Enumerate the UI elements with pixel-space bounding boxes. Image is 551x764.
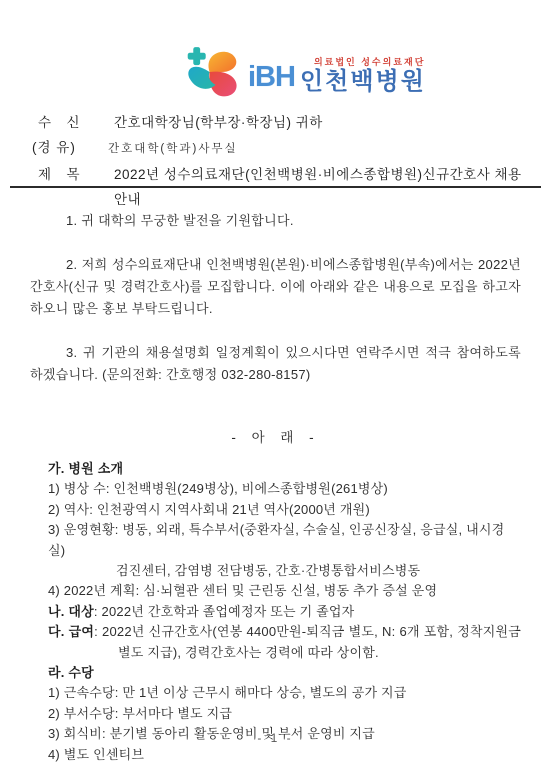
document-header: 수 신 간호대학장님(학부장·학장님) 귀하 (경 유) 간호대학(학과)사무실… <box>30 110 523 212</box>
header-divider-rule <box>10 186 541 188</box>
via-label: (경 유) <box>32 135 94 160</box>
below-divider: - 아 래 - <box>30 426 521 446</box>
outline-item: 2) 부서수당: 부서마다 별도 지급 <box>48 704 521 724</box>
page-number: - 1 - <box>0 731 551 745</box>
paragraph-1: 1. 귀 대학의 무궁한 발전을 기원합니다. <box>30 210 521 232</box>
outline-heading: 라. 수당 <box>48 663 521 683</box>
recipient-value: 간호대학장님(학부장·학장님) 귀하 <box>114 110 323 135</box>
outline-list: 가. 병원 소개1) 병상 수: 인천백병원(249병상), 비에스종합병원(2… <box>48 459 521 764</box>
via-value: 간호대학(학과)사무실 <box>108 137 238 162</box>
outline-item: 나. 대상: 2022년 간호학과 졸업예정자 또는 기 졸업자 <box>48 602 521 622</box>
document-page: iBH 의료법인 성수의료재단 인천백병원 수 신 간호대학장님(학부장·학장님… <box>0 0 551 764</box>
outline-item: 4) 2022년 계획: 심·뇌혈관 센터 및 근린동 신설, 병동 추가 증설… <box>48 581 521 601</box>
outline-item: 다. 급여: 2022년 신규간호사(연봉 4400만원-퇴직금 별도, N: … <box>48 622 521 663</box>
recipient-row: 수 신 간호대학장님(학부장·학장님) 귀하 <box>30 110 523 135</box>
outline-item: 1) 병상 수: 인천백병원(249병상), 비에스종합병원(261병상) <box>48 479 521 499</box>
foundation-name: 의료법인 성수의료재단 <box>314 55 425 68</box>
paragraph-2: 2. 저희 성수의료재단내 인천백병원(본원)·비에스종합병원(부속)에서는 2… <box>30 254 521 320</box>
outline-item-label: 나. 대상 <box>48 604 94 619</box>
outline-item: 검진센터, 감염병 전담병동, 간호·간병통합서비스병동 <box>48 561 521 581</box>
outline-item: 4) 별도 인센티브 <box>48 745 521 764</box>
document-body: 1. 귀 대학의 무궁한 발전을 기원합니다. 2. 저희 성수의료재단내 인천… <box>30 200 521 764</box>
subject-label: 제 목 <box>38 162 100 187</box>
via-row: (경 유) 간호대학(학과)사무실 <box>30 135 523 162</box>
outline-item: 1) 근속수당: 만 1년 이상 근무시 해마다 상승, 별도의 공가 지급 <box>48 683 521 703</box>
logo-acronym: iBH <box>248 63 295 100</box>
logo-text-group: 의료법인 성수의료재단 인천백병원 <box>300 55 426 100</box>
outline-heading: 가. 병원 소개 <box>48 459 521 479</box>
outline-item: 3) 운영현황: 병동, 외래, 특수부서(중환자실, 수술실, 인공신장실, … <box>48 520 521 561</box>
paragraph-3: 3. 귀 기관의 채용설명회 일정계획이 있으시다면 연락주시면 적극 참여하도… <box>30 342 521 386</box>
outline-item: 2) 역사: 인천광역시 지역사회내 21년 역사(2000년 개원) <box>48 500 521 520</box>
hospital-name: 인천백병원 <box>300 70 426 94</box>
hospital-logo: iBH 의료법인 성수의료재단 인천백병원 <box>183 44 426 100</box>
recipient-label: 수 신 <box>38 110 100 135</box>
outline-item-label: 다. 급여 <box>48 624 94 639</box>
ibh-logo-mark-icon <box>183 44 243 100</box>
